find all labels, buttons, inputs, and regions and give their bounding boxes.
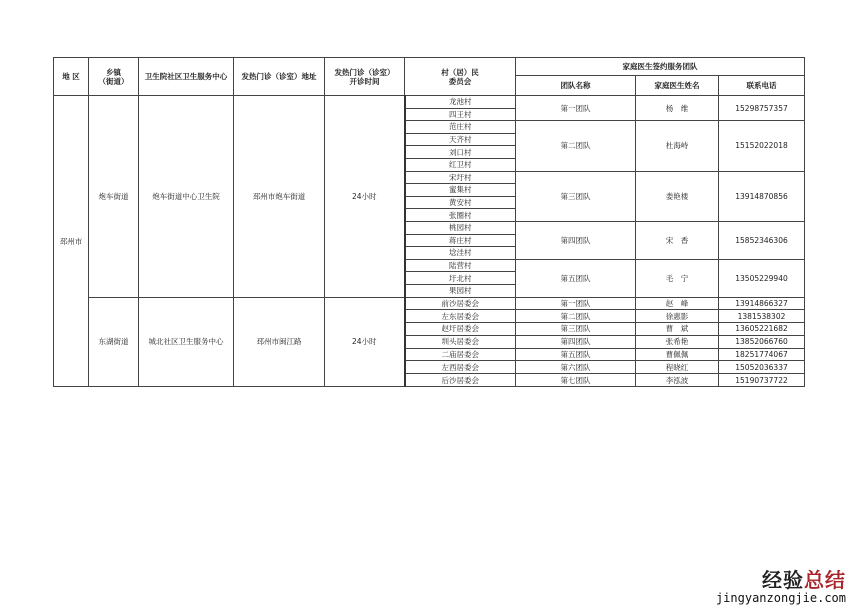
- committee-cell: 四王村: [405, 108, 516, 121]
- committee-cell: 黄安村: [405, 196, 516, 209]
- team-name-cell: 第七团队: [516, 374, 636, 387]
- team-name-cell: 第五团队: [516, 259, 636, 297]
- committee-cell: 龙池村: [405, 96, 516, 109]
- committee-cell: 圩北村: [405, 272, 516, 285]
- header-committee: 村（居）民 委员会: [405, 58, 516, 96]
- phone-cell: 13852066760: [719, 335, 805, 348]
- town-cell: 炮车街道: [89, 96, 139, 298]
- doctor-name-cell: 娄艳楼: [636, 171, 719, 221]
- table-body: 邳州市炮车街道炮车街道中心卫生院邳州市炮车街道24小时龙池村第一团队杨 维152…: [54, 96, 805, 387]
- header-committee-line1: 村（居）民: [441, 68, 479, 77]
- phone-cell: 13914870856: [719, 171, 805, 221]
- committee-cell: 陆营村: [405, 259, 516, 272]
- doctor-name-cell: 毛 宁: [636, 259, 719, 297]
- team-name-cell: 第一团队: [516, 96, 636, 121]
- committee-cell: 埝洼村: [405, 247, 516, 260]
- header-doctor-name: 家庭医生姓名: [636, 76, 719, 96]
- header-fever-hours: 发热门诊（诊室） 开诊时间: [325, 58, 405, 96]
- committee-cell: 二庙居委会: [405, 348, 516, 361]
- phone-cell: 15852346306: [719, 221, 805, 259]
- header-region: 地 区: [54, 58, 89, 96]
- header-town-line2: （街道）: [99, 77, 129, 86]
- table-row: 东湖街道城北社区卫生服务中心邳州市闽江路24小时前沙居委会第一团队赵 峰1391…: [54, 297, 805, 310]
- committee-cell: 果园村: [405, 284, 516, 297]
- phone-cell: 15298757357: [719, 96, 805, 121]
- committee-cell: 范庄村: [405, 121, 516, 134]
- doctor-name-cell: 赵 峰: [636, 297, 719, 310]
- team-name-cell: 第二团队: [516, 310, 636, 323]
- committee-cell: 前沙居委会: [405, 297, 516, 310]
- fever-address-cell: 邳州市闽江路: [234, 297, 325, 387]
- committee-cell: 张圈村: [405, 209, 516, 222]
- family-doctor-table: 地 区 乡镇 （街道） 卫生院社区卫生服务中心 发热门诊（诊室）地址 发热门诊（…: [53, 57, 805, 387]
- doctor-name-cell: 李泓波: [636, 374, 719, 387]
- committee-cell: 天齐村: [405, 133, 516, 146]
- phone-cell: 13605221682: [719, 323, 805, 336]
- team-name-cell: 第一团队: [516, 297, 636, 310]
- table-row: 邳州市炮车街道炮车街道中心卫生院邳州市炮车街道24小时龙池村第一团队杨 维152…: [54, 96, 805, 109]
- region-cell: 邳州市: [54, 96, 89, 387]
- phone-cell: 15152022018: [719, 121, 805, 171]
- team-name-cell: 第三团队: [516, 323, 636, 336]
- header-team-group: 家庭医生签约服务团队: [516, 58, 805, 76]
- phone-cell: 18251774067: [719, 348, 805, 361]
- doctor-name-cell: 张希艳: [636, 335, 719, 348]
- doctor-name-cell: 徐惠影: [636, 310, 719, 323]
- header-committee-line2: 委员会: [449, 77, 472, 86]
- team-name-cell: 第四团队: [516, 335, 636, 348]
- doctor-name-cell: 曹 斌: [636, 323, 719, 336]
- team-name-cell: 第六团队: [516, 361, 636, 374]
- health-center-cell: 城北社区卫生服务中心: [139, 297, 234, 387]
- committee-cell: 赵圩居委会: [405, 323, 516, 336]
- phone-cell: 1381538302: [719, 310, 805, 323]
- committee-cell: 红卫村: [405, 158, 516, 171]
- header-fever-address: 发热门诊（诊室）地址: [234, 58, 325, 96]
- health-center-cell: 炮车街道中心卫生院: [139, 96, 234, 298]
- committee-cell: 后沙居委会: [405, 374, 516, 387]
- header-fever-hours-line1: 发热门诊（诊室）: [335, 68, 395, 77]
- header-fever-hours-line2: 开诊时间: [350, 77, 380, 86]
- committee-cell: 蜜集村: [405, 184, 516, 197]
- team-name-cell: 第二团队: [516, 121, 636, 171]
- team-name-cell: 第三团队: [516, 171, 636, 221]
- header-town-line1: 乡镇: [106, 68, 121, 77]
- watermark-text-dark: 经验: [762, 568, 804, 592]
- header-phone: 联系电话: [719, 76, 805, 96]
- phone-cell: 13505229940: [719, 259, 805, 297]
- phone-cell: 13914866327: [719, 297, 805, 310]
- fever-address-cell: 邳州市炮车街道: [234, 96, 325, 298]
- phone-cell: 15052036337: [719, 361, 805, 374]
- doctor-name-cell: 曹佩佩: [636, 348, 719, 361]
- header-town: 乡镇 （街道）: [89, 58, 139, 96]
- town-cell: 东湖街道: [89, 297, 139, 387]
- header-team-name: 团队名称: [516, 76, 636, 96]
- watermark: 经验总结 jingyanzongjie.com: [716, 569, 846, 605]
- phone-cell: 15190737722: [719, 374, 805, 387]
- doctor-name-cell: 杨 维: [636, 96, 719, 121]
- committee-cell: 宋圩村: [405, 171, 516, 184]
- watermark-text-red: 总结: [804, 568, 846, 592]
- committee-cell: 圳头居委会: [405, 335, 516, 348]
- committee-cell: 左东居委会: [405, 310, 516, 323]
- fever-hours-cell: 24小时: [325, 96, 405, 298]
- doctor-name-cell: 杜海峙: [636, 121, 719, 171]
- team-name-cell: 第四团队: [516, 221, 636, 259]
- watermark-url: jingyanzongjie.com: [716, 591, 846, 605]
- committee-cell: 蒋庄村: [405, 234, 516, 247]
- committee-cell: 刘口村: [405, 146, 516, 159]
- watermark-logo-text: 经验总结: [716, 569, 846, 591]
- header-health-center: 卫生院社区卫生服务中心: [139, 58, 234, 96]
- doctor-name-cell: 程晓红: [636, 361, 719, 374]
- doctor-name-cell: 宋 香: [636, 221, 719, 259]
- committee-cell: 左西居委会: [405, 361, 516, 374]
- fever-hours-cell: 24小时: [325, 297, 405, 387]
- team-name-cell: 第五团队: [516, 348, 636, 361]
- committee-cell: 桃园村: [405, 221, 516, 234]
